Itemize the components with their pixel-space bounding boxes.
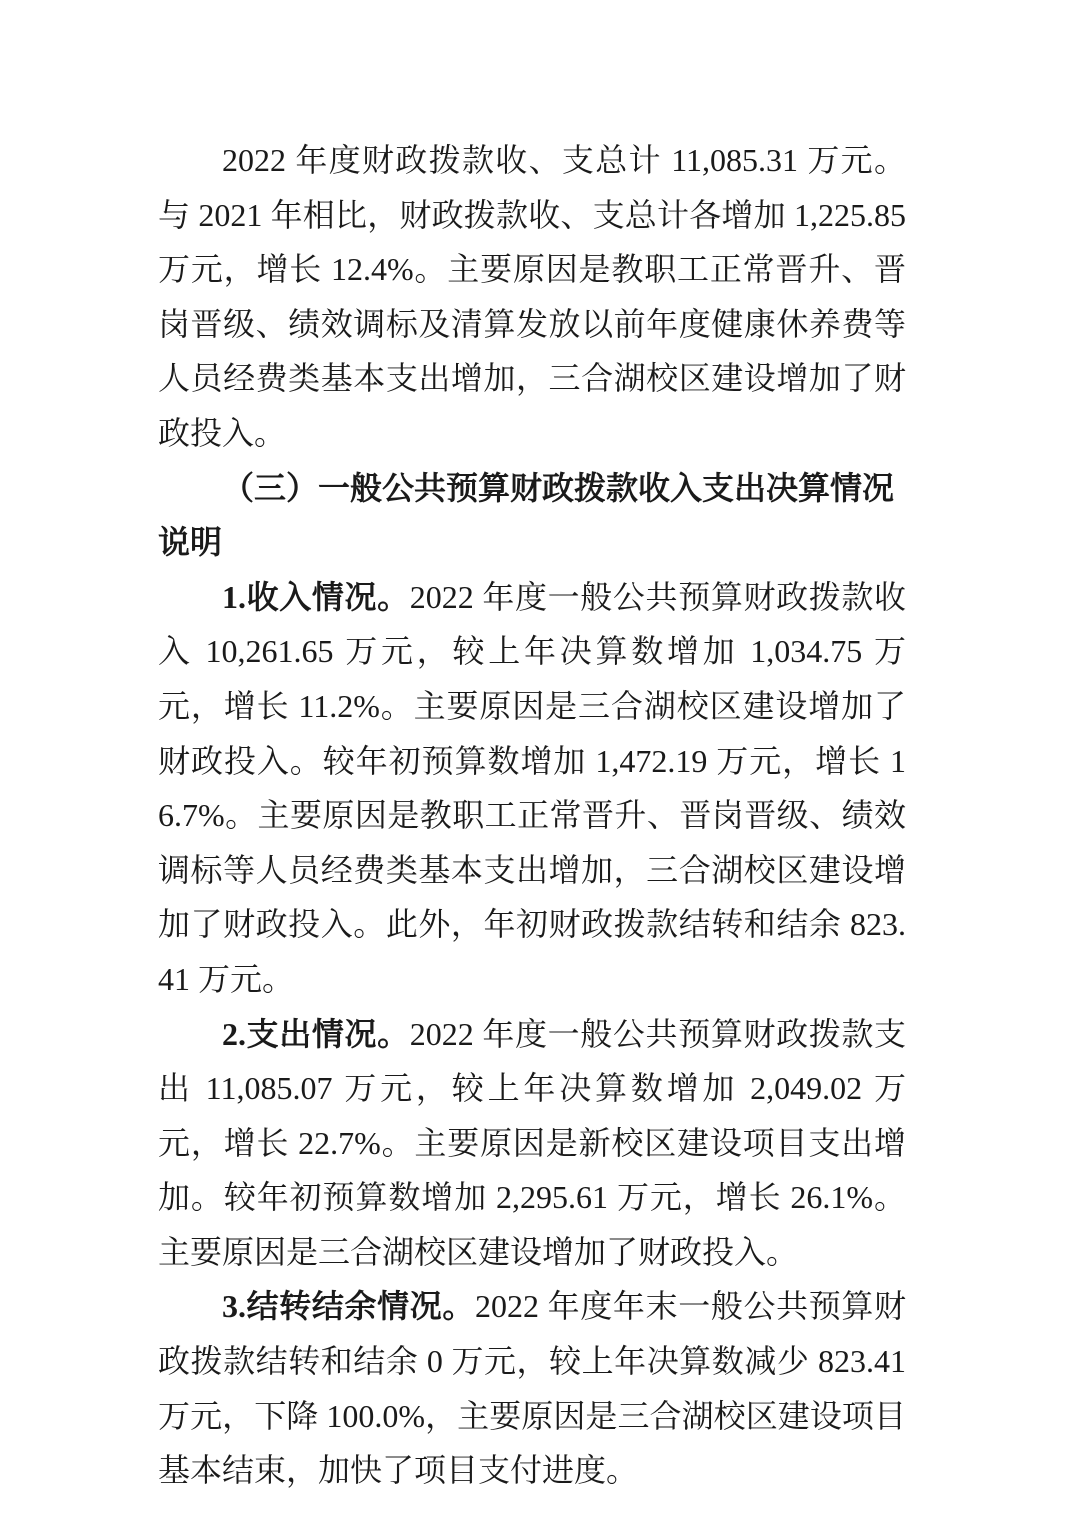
paragraph-lead-label: （三）一般公共预算财政拨款收入支出决算情况说明 — [158, 470, 894, 561]
paragraph-text: 2022 年度一般公共预算财政拨款收入 10,261.65 万元，较上年决算数增… — [158, 579, 906, 997]
body-paragraph: 2.支出情况。2022 年度一般公共预算财政拨款支出 11,085.07 万元，… — [158, 1007, 906, 1280]
body-paragraph: 2022 年度财政拨款收、支总计 11,085.31 万元。与 2021 年相比… — [158, 133, 906, 461]
paragraph-lead-label: 2.支出情况。 — [222, 1016, 410, 1052]
paragraph-lead-label: 1.收入情况。 — [222, 579, 410, 615]
document-text-block: 2022 年度财政拨款收、支总计 11,085.31 万元。与 2021 年相比… — [158, 133, 906, 1498]
body-paragraph: 3.结转结余情况。2022 年度年末一般公共预算财政拨款结转和结余 0 万元，较… — [158, 1279, 906, 1497]
body-paragraph: 1.收入情况。2022 年度一般公共预算财政拨款收入 10,261.65 万元，… — [158, 570, 906, 1007]
document-page: 2022 年度财政拨款收、支总计 11,085.31 万元。与 2021 年相比… — [0, 0, 1074, 1520]
paragraph-lead-label: 3.结转结余情况。 — [222, 1288, 475, 1324]
paragraph-text: 2022 年度财政拨款收、支总计 11,085.31 万元。与 2021 年相比… — [158, 142, 906, 451]
paragraph-text: 2022 年度一般公共预算财政拨款支出 11,085.07 万元，较上年决算数增… — [158, 1016, 906, 1270]
section-heading: （三）一般公共预算财政拨款收入支出决算情况说明 — [158, 461, 906, 570]
